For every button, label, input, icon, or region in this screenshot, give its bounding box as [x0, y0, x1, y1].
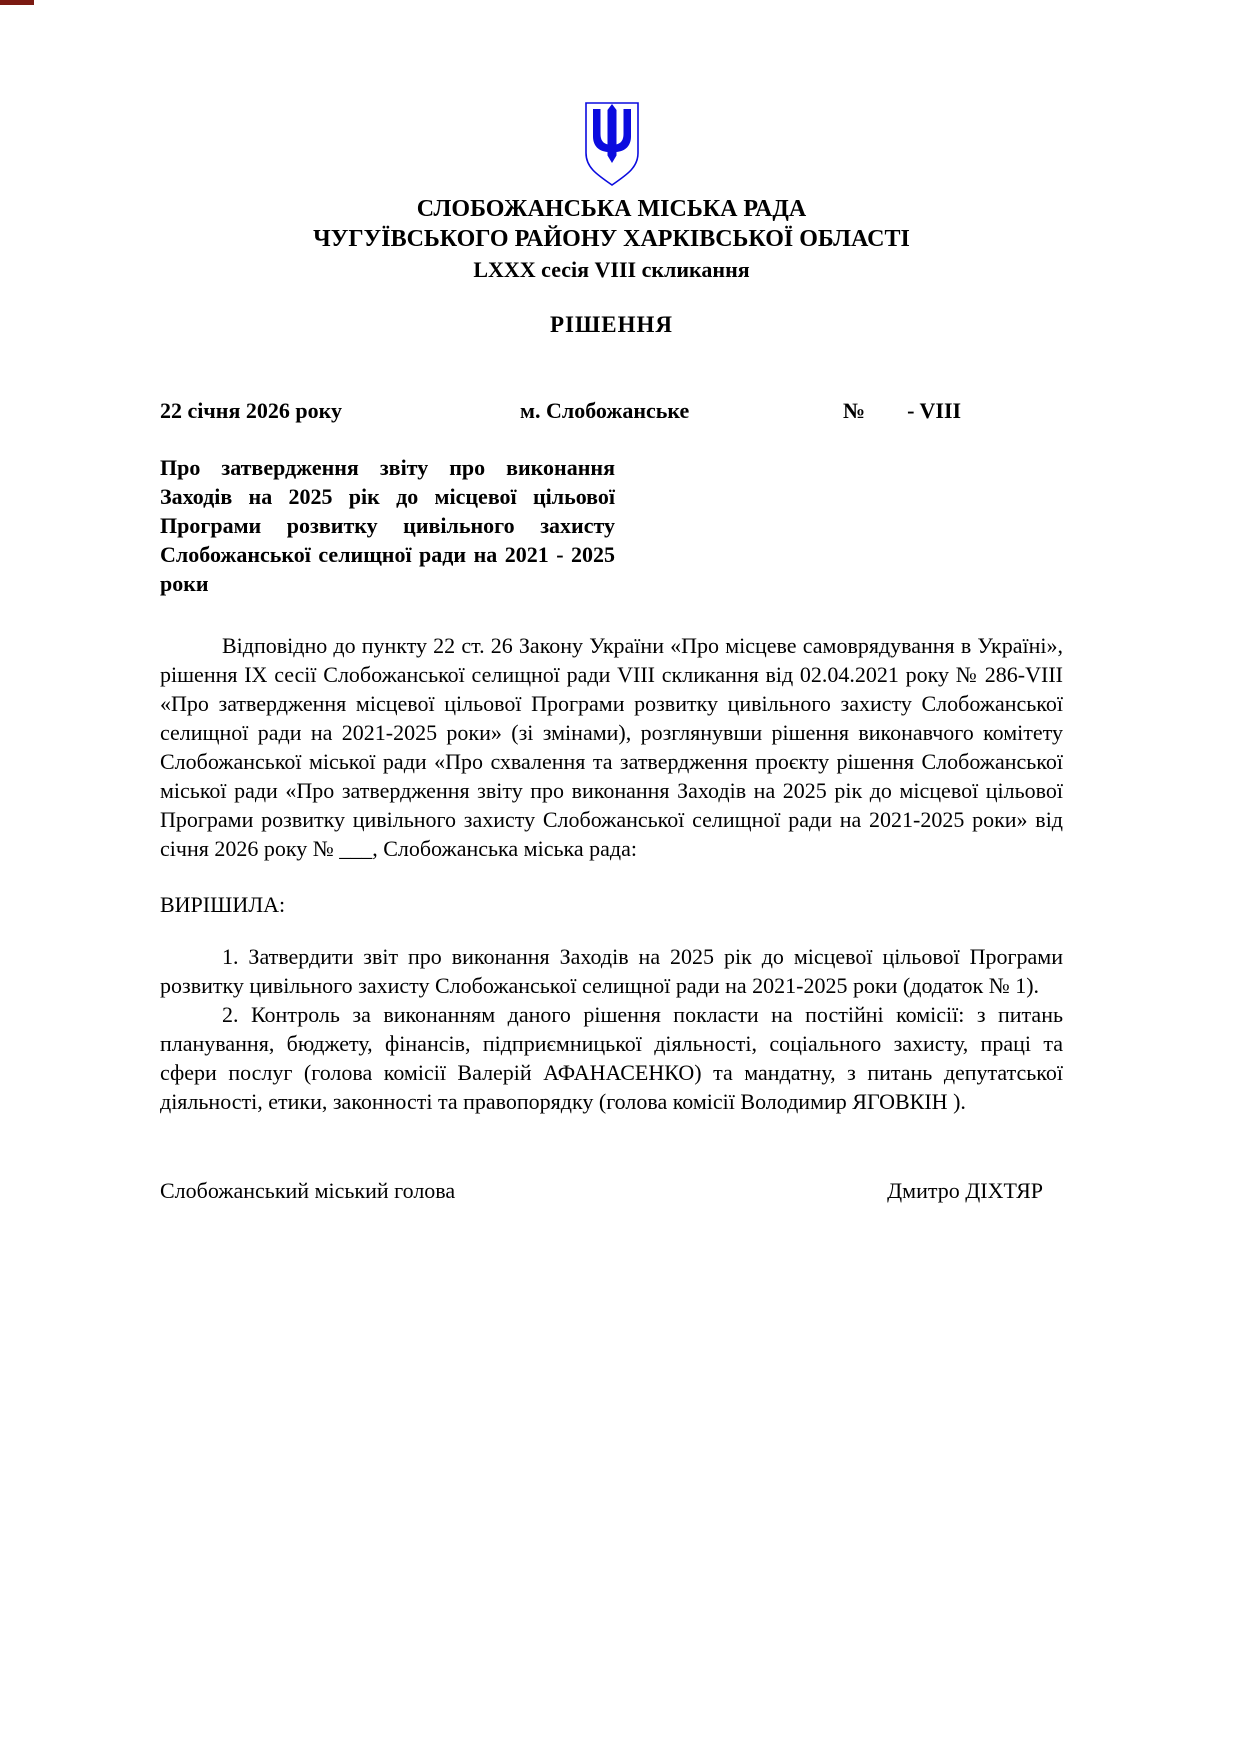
resolved-label: ВИРІШИЛА: [160, 890, 1063, 919]
document-place: м. Слобожанське [520, 396, 689, 425]
signature-row: Слобожанський міський голова Дмитро ДІХТ… [160, 1176, 1063, 1205]
subject-paragraph: Про затвердження звіту про виконання Зах… [160, 453, 615, 598]
signatory-position: Слобожанський міський голова [160, 1176, 455, 1205]
document-page: СЛОБОЖАНСЬКА МІСЬКА РАДА ЧУГУЇВСЬКОГО РА… [0, 0, 1240, 1754]
session-line: LXXX сесія VIII скликання [160, 256, 1063, 284]
document-content: СЛОБОЖАНСЬКА МІСЬКА РАДА ЧУГУЇВСЬКОГО РА… [0, 0, 1240, 1205]
signatory-name: Дмитро ДІХТЯР [887, 1176, 1043, 1205]
meta-row: 22 січня 2026 року м. Слобожанське №- VI… [160, 396, 1063, 425]
emblem-container [160, 0, 1063, 192]
document-number: №- VIII [843, 396, 961, 425]
org-name-line1: СЛОБОЖАНСЬКА МІСЬКА РАДА [160, 194, 1063, 224]
document-date: 22 січня 2026 року [160, 396, 342, 425]
number-suffix: - VIII [907, 398, 961, 423]
decision-item-1: 1. Затвердити звіт про виконання Заходів… [160, 942, 1063, 1000]
document-type-title: РІШЕННЯ [160, 310, 1063, 339]
decision-item-2: 2. Контроль за виконанням даного рішення… [160, 1000, 1063, 1116]
number-sign: № [843, 398, 865, 423]
scan-artifact-mark [0, 0, 34, 5]
preamble-paragraph: Відповідно до пункту 22 ст. 26 Закону Ук… [160, 631, 1063, 863]
tryzub-icon [583, 174, 641, 191]
org-name-line2: ЧУГУЇВСЬКОГО РАЙОНУ ХАРКІВСЬКОЇ ОБЛАСТІ [160, 224, 1063, 254]
decision-items: 1. Затвердити звіт про виконання Заходів… [160, 942, 1063, 1116]
